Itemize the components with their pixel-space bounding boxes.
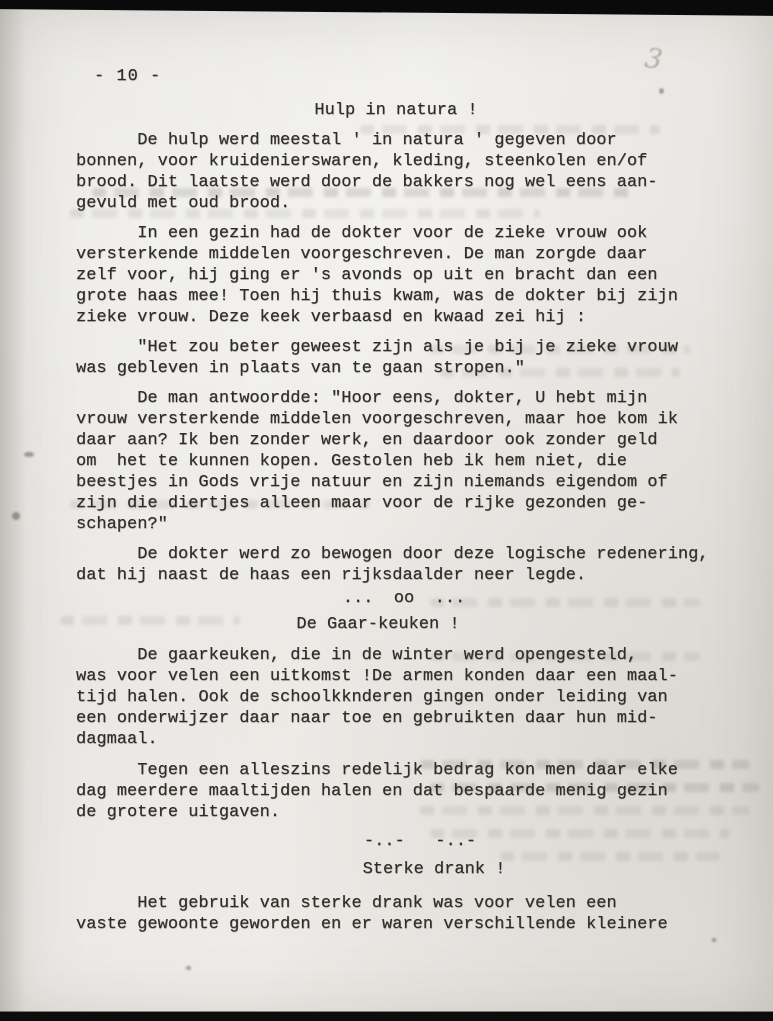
paragraph: Tegen een alleszins redelijk bedrag kon …: [76, 760, 716, 823]
scanned-page: 3 - 10 - Hulp in natura ! De hulp werd m…: [0, 0, 773, 1021]
text-line: bonnen, voor kruidenierswaren, kleding, …: [76, 151, 716, 172]
paragraph: Het gebruik van sterke drank was voor ve…: [76, 893, 716, 935]
text-line: In een gezin had de dokter voor de zieke…: [76, 223, 716, 244]
text-line: De gaarkeuken, die in de winter werd ope…: [76, 645, 716, 666]
scan-speck: [12, 512, 20, 520]
text-line: De man antwoordde: "Hoor eens, dokter, U…: [76, 388, 716, 409]
scan-speck: [712, 938, 716, 942]
paragraph: De hulp werd meestal ' in natura ' gegev…: [76, 130, 716, 214]
paragraph: De dokter werd zo bewogen door deze logi…: [76, 544, 716, 586]
paragraph: De man antwoordde: "Hoor eens, dokter, U…: [76, 388, 716, 535]
scan-edge-top: [0, 0, 773, 16]
text-line: een onderwijzer daar naar toe en gebruik…: [76, 708, 716, 729]
text-line: grote haas mee! Toen hij thuis kwam, was…: [76, 286, 716, 307]
text-line: was gebleven in plaats van te gaan strop…: [76, 358, 716, 379]
scan-speck: [24, 452, 34, 457]
text-line: was voor velen een uitkomst !De armen ko…: [76, 666, 716, 687]
text-line: zijn die diertjes alleen maar voor de ri…: [76, 493, 716, 514]
text-line: "Het zou beter geweest zijn als je bij j…: [76, 337, 716, 358]
scan-edge-bottom: [0, 1012, 773, 1021]
text-line: zieke vrouw. Deze keek verbaasd en kwaad…: [76, 307, 716, 328]
text-line: brood. Dit laatste werd door de bakkers …: [76, 172, 716, 193]
text-line: de grotere uitgaven.: [76, 802, 716, 823]
page-number: - 10 -: [94, 66, 716, 87]
page-content: - 10 - Hulp in natura ! De hulp werd mee…: [76, 66, 716, 935]
text-line: om het te kunnen kopen. Gestolen heb ik …: [76, 451, 716, 472]
section-heading: Hulp in natura !: [76, 100, 716, 121]
text-line: dag meerdere maaltijden halen en dat bes…: [76, 781, 716, 802]
text-line: dagmaal.: [76, 729, 716, 750]
text-line: schapen?": [76, 514, 716, 535]
text-line: zelf voor, hij ging er 's avonds op uit …: [76, 265, 716, 286]
text-line: tijd halen. Ook de schoolkknderen gingen…: [76, 687, 716, 708]
text-line: Het gebruik van sterke drank was voor ve…: [76, 893, 716, 914]
text-line: dat hij naast de haas een rijksdaalder n…: [76, 565, 716, 586]
paragraph: De gaarkeuken, die in de winter werd ope…: [76, 645, 716, 750]
text-line: versterkende middelen voorgeschreven. De…: [76, 244, 716, 265]
text-blocks: Hulp in natura ! De hulp werd meestal ' …: [76, 100, 716, 935]
text-line: gevuld met oud brood.: [76, 193, 716, 214]
scan-speck: [186, 966, 191, 970]
section-heading: Sterke drank !: [114, 859, 754, 880]
section-separator: ... oo ...: [84, 588, 724, 609]
paragraph: In een gezin had de dokter voor de zieke…: [76, 223, 716, 328]
text-line: beestjes in Gods vrije natuur en zijn ni…: [76, 472, 716, 493]
text-line: Tegen een alleszins redelijk bedrag kon …: [76, 760, 716, 781]
section-heading: De Gaar-keuken !: [58, 614, 698, 635]
section-separator: -..- -..-: [100, 831, 740, 852]
text-line: De dokter werd zo bewogen door deze logi…: [76, 544, 716, 565]
text-line: vaste gewoonte geworden en er waren vers…: [76, 914, 716, 935]
text-line: daar aan? Ik ben zonder werk, en daardoo…: [76, 430, 716, 451]
paragraph: "Het zou beter geweest zijn als je bij j…: [76, 337, 716, 379]
text-line: De hulp werd meestal ' in natura ' gegev…: [76, 130, 716, 151]
text-line: vrouw versterkende middelen voorgeschrev…: [76, 409, 716, 430]
